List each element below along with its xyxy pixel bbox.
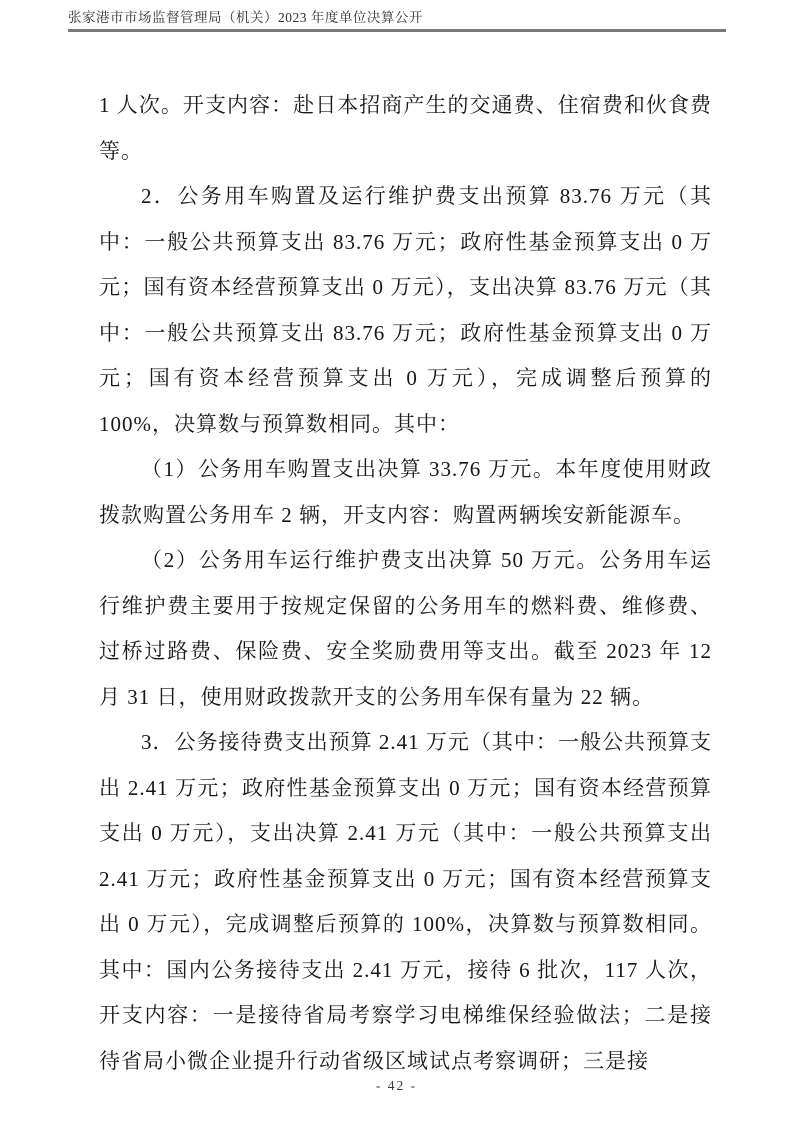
paragraph: （1）公务用车购置支出决算 33.76 万元。本年度使用财政拨款购置公务用车 2… — [99, 447, 712, 538]
header-rule — [68, 29, 726, 32]
document-body: 1 人次。开支内容：赴日本招商产生的交通费、住宿费和伙食费等。2．公务用车购置及… — [99, 83, 712, 1084]
paragraph: （2）公务用车运行维护费支出决算 50 万元。公务用车运行维护费主要用于按规定保… — [99, 538, 712, 720]
page-header-title: 张家港市市场监督管理局（机关）2023 年度单位决算公开 — [68, 9, 728, 27]
paragraph: 1 人次。开支内容：赴日本招商产生的交通费、住宿费和伙食费等。 — [99, 83, 712, 174]
page-number: - 42 - — [0, 1078, 793, 1094]
paragraph: 2．公务用车购置及运行维护费支出预算 83.76 万元（其中：一般公共预算支出 … — [99, 174, 712, 447]
paragraph: 3．公务接待费支出预算 2.41 万元（其中：一般公共预算支出 2.41 万元；… — [99, 720, 712, 1084]
document-page: 张家港市市场监督管理局（机关）2023 年度单位决算公开 1 人次。开支内容：赴… — [0, 0, 793, 1122]
